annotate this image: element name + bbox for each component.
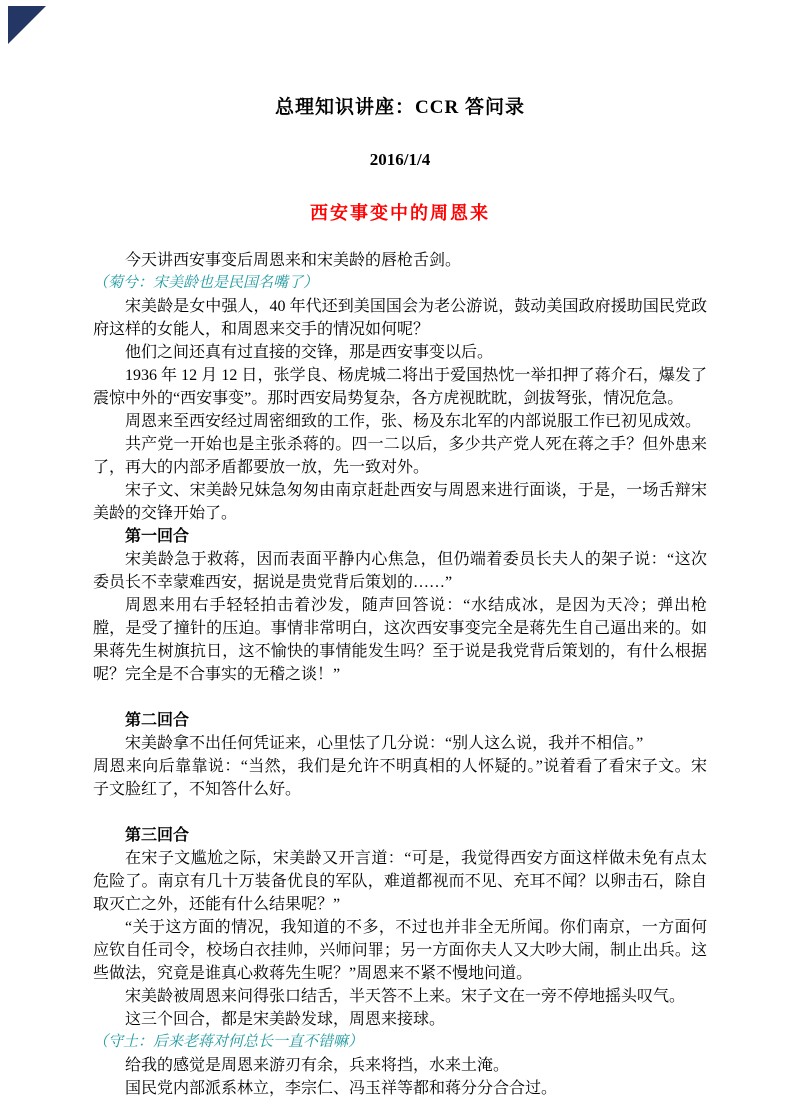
section-heading: 西安事变中的周恩来 xyxy=(0,199,800,225)
paragraph: 宋美龄拿不出任何凭证来，心里怯了几分说：“别人这么说，我并不相信。” xyxy=(93,732,707,755)
paragraph: 他们之间还真有过直接的交锋，那是西安事变以后。 xyxy=(93,341,707,364)
doc-title: 总理知识讲座：CCR 答问录 xyxy=(0,0,800,119)
document-page: 总理知识讲座：CCR 答问录 2016/1/4 西安事变中的周恩来 今天讲西安事… xyxy=(0,0,800,1100)
paragraph: 给我的感觉是周恩来游刃有余，兵来将挡，水来土淹。 xyxy=(93,1054,707,1077)
document-body: 今天讲西安事变后周恩来和宋美龄的唇枪舌剑。（菊兮：宋美龄也是民国名嘴了）宋美龄是… xyxy=(93,249,707,1100)
paragraph: 宋子文、宋美龄兄妹急匆匆由南京赶赴西安与周恩来进行面谈，于是，一场舌辩宋美龄的交… xyxy=(93,479,707,525)
paragraph: 宋美龄是女中强人，40 年代还到美国国会为老公游说，鼓动美国政府援助国民党政府这… xyxy=(93,295,707,341)
annotation: （菊兮：宋美龄也是民国名嘴了） xyxy=(93,272,707,295)
doc-date: 2016/1/4 xyxy=(0,150,800,170)
paragraph: 周恩来至西安经过周密细致的工作，张、杨及东北军的内部说服工作已初见成效。 xyxy=(93,410,707,433)
spacer xyxy=(93,801,707,824)
paragraph: 共产党一开始也是主张杀蒋的。四一二以后，多少共产党人死在蒋之手？但外患来了，再大… xyxy=(93,433,707,479)
paragraph: 宋美龄急于救蒋，因而表面平静内心焦急，但仍端着委员长夫人的架子说：“这次委员长不… xyxy=(93,548,707,594)
paragraph: 周恩来向后靠靠说：“当然，我们是允许不明真相的人怀疑的。”说着看了看宋子文。宋子… xyxy=(93,755,707,801)
subheading: 第一回合 xyxy=(93,525,707,548)
corner-fold-icon xyxy=(8,6,46,44)
paragraph: 国民党内部派系林立，李宗仁、冯玉祥等都和蒋分分合合过。 xyxy=(93,1077,707,1100)
paragraph: 这三个回合，都是宋美龄发球，周恩来接球。 xyxy=(93,1008,707,1031)
paragraph: “关于这方面的情况，我知道的不多，不过也并非全无所闻。你们南京，一方面何应钦自任… xyxy=(93,916,707,985)
spacer xyxy=(93,686,707,709)
paragraph: 周恩来用右手轻轻拍击着沙发，随声回答说：“水结成冰，是因为天冷；弹出枪膛，是受了… xyxy=(93,594,707,686)
paragraph: 1936 年 12 月 12 日，张学良、杨虎城二将出于爱国热忱一举扣押了蒋介石… xyxy=(93,364,707,410)
paragraph: 宋美龄被周恩来问得张口结舌，半天答不上来。宋子文在一旁不停地摇头叹气。 xyxy=(93,985,707,1008)
subheading: 第二回合 xyxy=(93,709,707,732)
annotation: （守土：后来老蒋对何总长一直不错嘛） xyxy=(93,1031,707,1054)
subheading: 第三回合 xyxy=(93,824,707,847)
paragraph: 在宋子文尴尬之际，宋美龄又开言道：“可是，我觉得西安方面这样做未免有点太危险了。… xyxy=(93,847,707,916)
paragraph: 今天讲西安事变后周恩来和宋美龄的唇枪舌剑。 xyxy=(93,249,707,272)
